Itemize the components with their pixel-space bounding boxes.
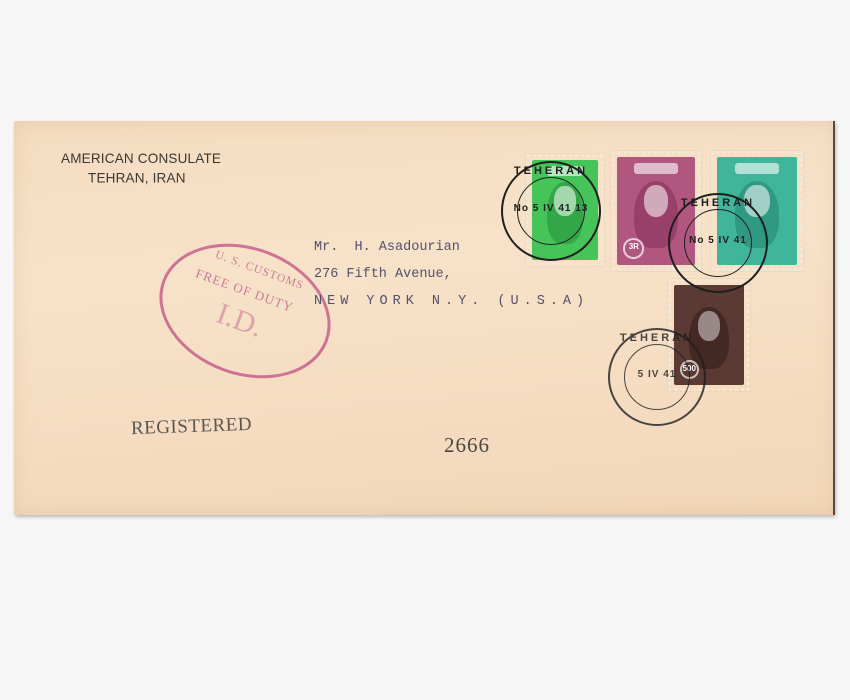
stamp-denomination: 3R bbox=[623, 238, 644, 258]
sender-line-1: AMERICAN CONSULATE bbox=[61, 148, 221, 168]
postmark: TEHERAN No 5 IV 41 bbox=[668, 193, 768, 293]
recipient-city: NEW YORK N.Y. (U.S.A) bbox=[314, 288, 589, 315]
postmark: TEHERAN 5 IV 41 bbox=[608, 328, 706, 426]
sender-line-2: TEHRAN, IRAN bbox=[61, 168, 221, 188]
registration-number: 2666 bbox=[444, 433, 490, 458]
registered-label: REGISTERED bbox=[131, 414, 253, 440]
postmark: TEHERAN No 5 IV 41 13 bbox=[501, 161, 601, 261]
envelope: AMERICAN CONSULATE TEHRAN, IRAN U. S. CU… bbox=[14, 121, 835, 515]
sender-address: AMERICAN CONSULATE TEHRAN, IRAN bbox=[61, 148, 221, 188]
